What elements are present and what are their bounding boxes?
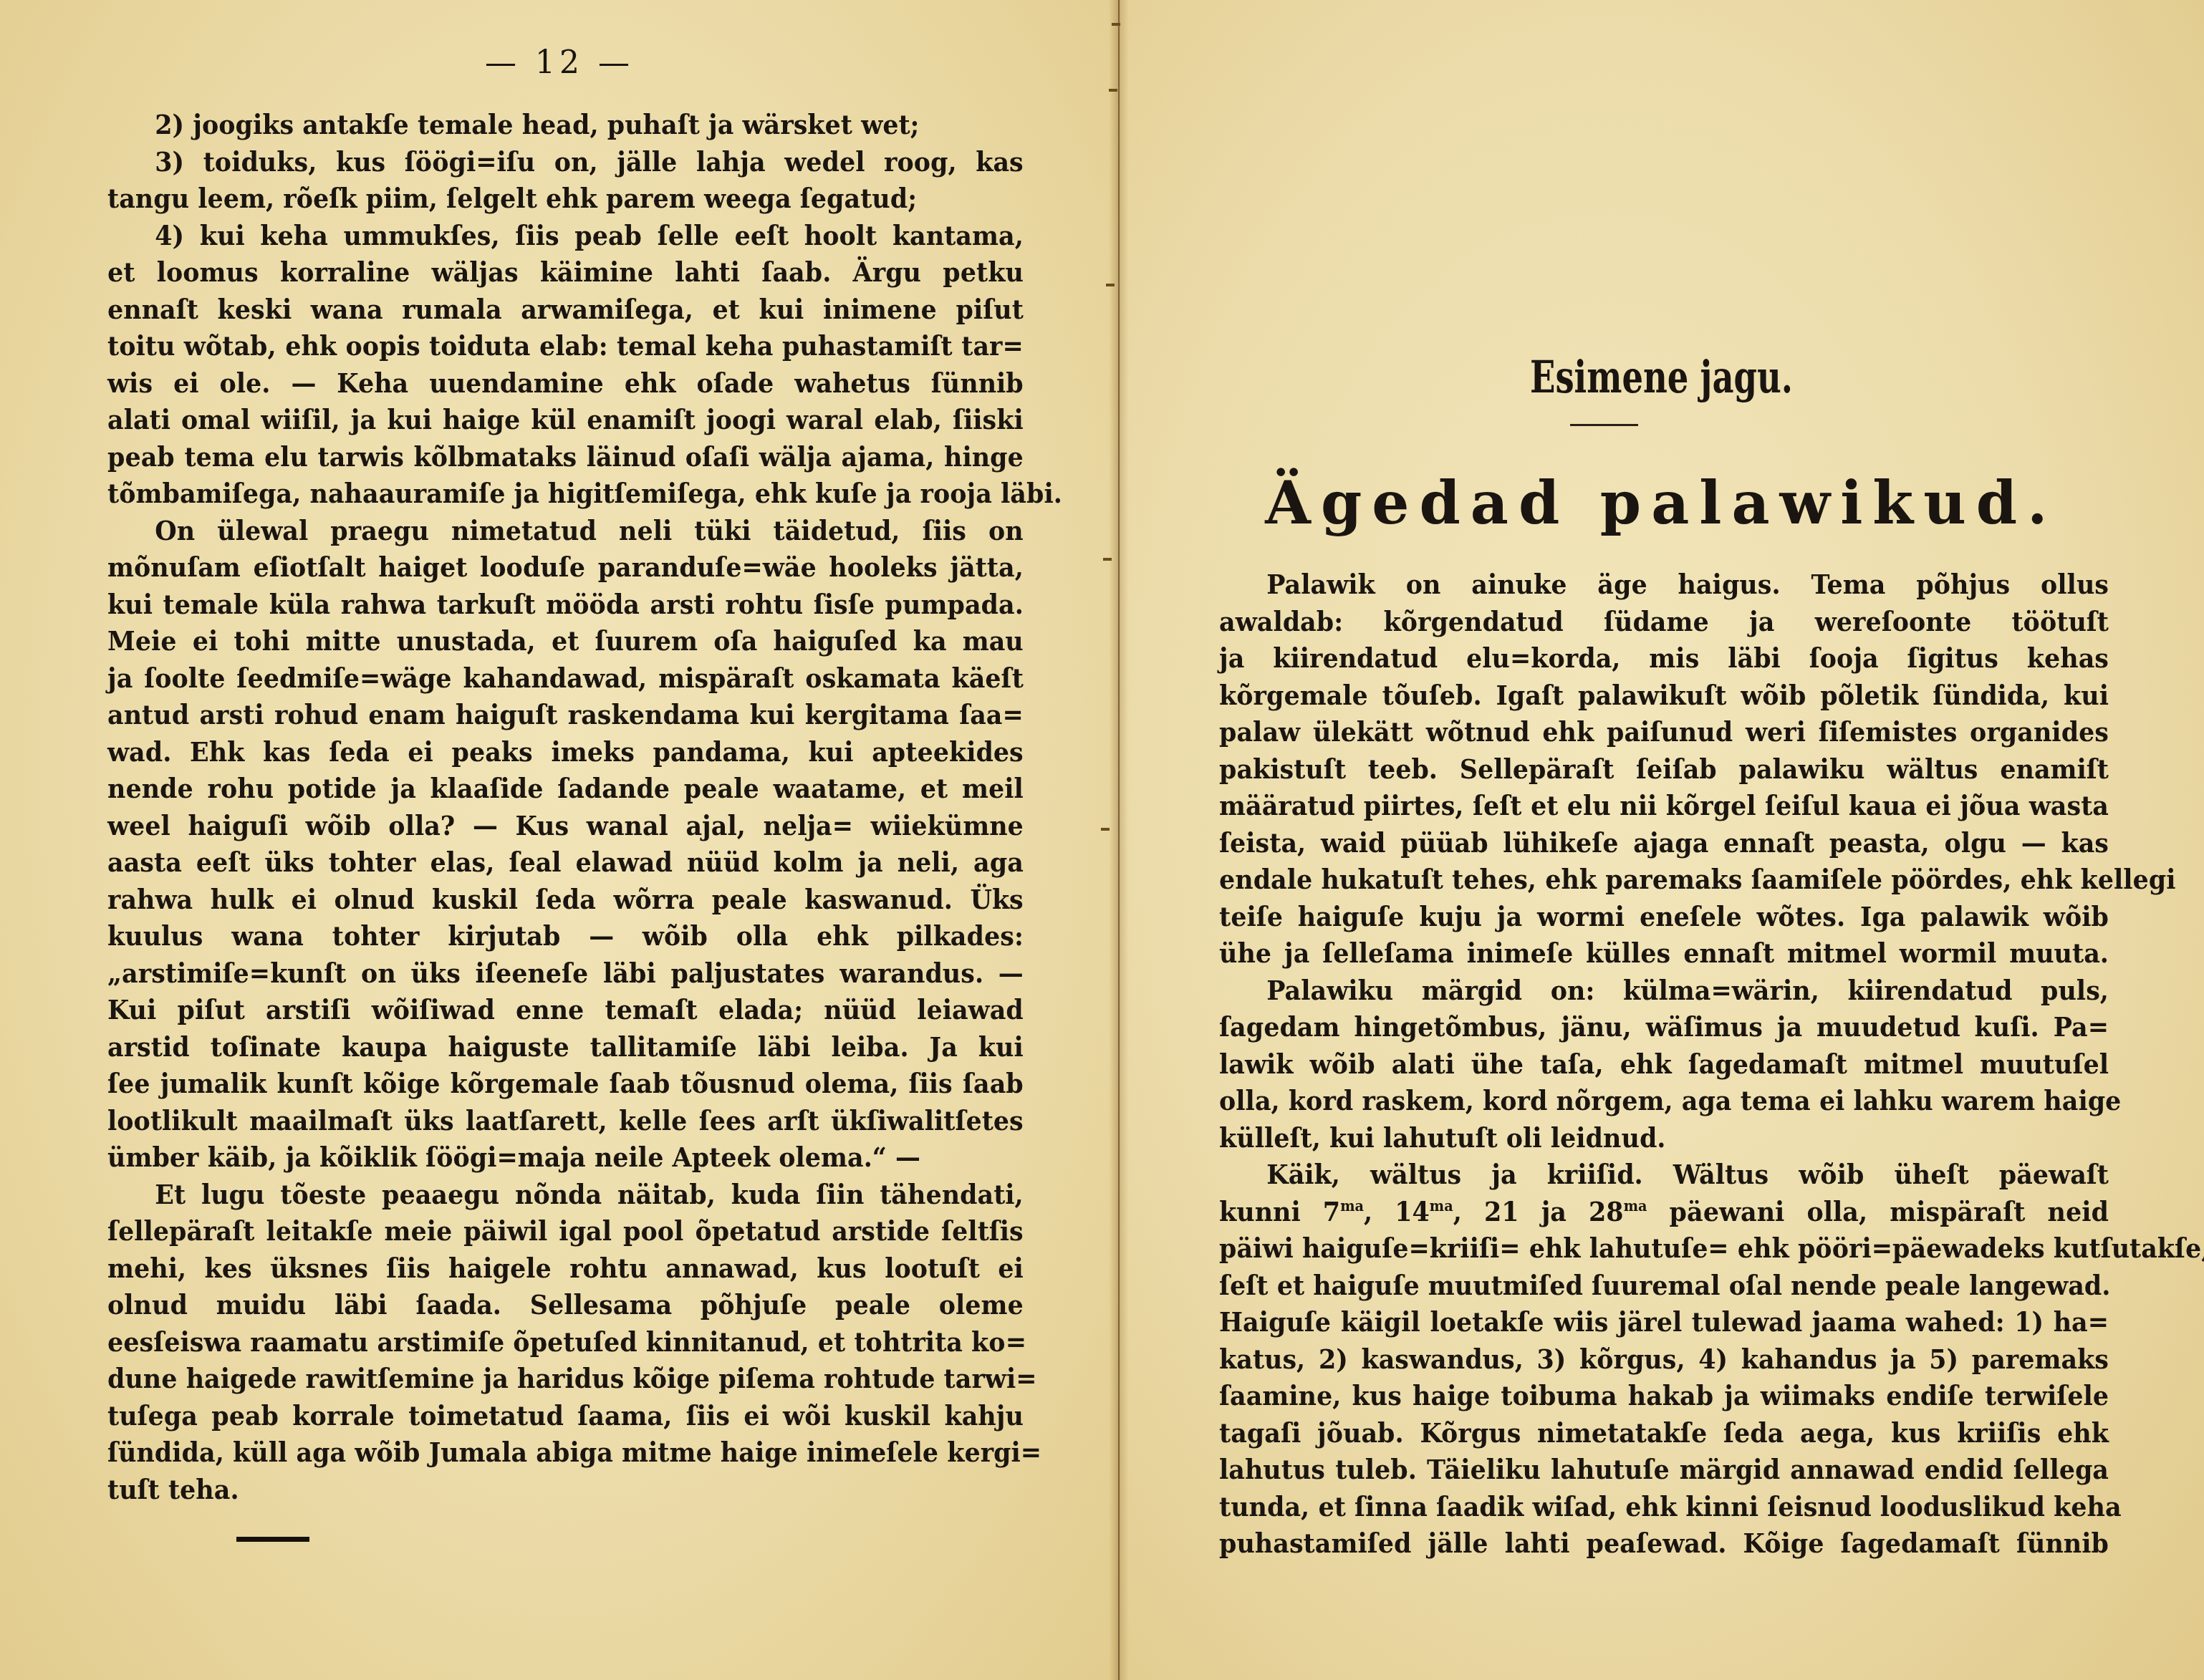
text-line: Haiguſe käigil loetakſe wiis järel tulew… [1219, 1303, 2109, 1341]
text-line: nende rohu potide ja klaaſide ſadande pe… [107, 770, 1024, 807]
text-line: olla, kord raskem, kord nõrgem, aga tema… [1219, 1082, 2109, 1119]
text-line: On ülewal praegu nimetatud neli tüki täi… [107, 512, 1024, 549]
text-line: „arstimiſe=kunſt on üks iſeeneſe läbi pa… [107, 955, 1024, 992]
page-number: — 12 — [0, 44, 1119, 81]
text-line: ja kiirendatud elu=korda, mis läbi ſooja… [1219, 639, 2109, 677]
text-line: teiſe haiguſe kuju ja wormi eneſele wõte… [1219, 898, 2109, 935]
text-line: lawik wõib alati ühe taſa, ehk ſagedamaſ… [1219, 1046, 2109, 1083]
stitch-mark [1106, 284, 1115, 286]
book-spine-fold [1109, 0, 1129, 1680]
text-line: pakistuſt teeb. Sellepäraſt ſeiſab palaw… [1219, 750, 2109, 788]
book-spread: — 12 — 2) joogiks antakſe temale head, p… [0, 0, 2204, 1680]
text-line: tuſega peab korrale toimetatud ſaama, ſi… [107, 1397, 1024, 1434]
text-line: ſeſt et haiguſe muutmiſed ſuuremal oſal … [1219, 1267, 2109, 1304]
text-line: eesſeiswa raamatu arstimiſe õpetuſed kin… [107, 1323, 1024, 1361]
text-line: antud arsti rohud enam haiguſt raskendam… [107, 696, 1024, 733]
text-line: wis ei ole. — Keha uuendamine ehk oſade … [107, 365, 1024, 402]
text-line: wad. Ehk kas ſeda ei peaks imeks pandama… [107, 733, 1024, 771]
text-line: 2) joogiks antakſe temale head, puhaſt j… [107, 106, 1024, 143]
left-page-body-text: 2) joogiks antakſe temale head, puhaſt j… [107, 106, 1024, 1507]
text-line: mehi, kes üksnes ſiis haigele rohtu anna… [107, 1250, 1024, 1287]
text-line: rahwa hulk ei olnud kuskil ſeda wõrra pe… [107, 881, 1024, 918]
text-line: ſellepäraſt leitakſe meie päiwil igal po… [107, 1212, 1024, 1250]
text-line: Palawiku märgid on: külma=wärin, kiirend… [1219, 972, 2109, 1009]
text-line: Et lugu tõeste peaaegu nõnda näitab, kud… [107, 1176, 1024, 1213]
section-label: Esimene jagu. [1254, 351, 2068, 403]
text-line: ümber käib, ja kõiklik ſöögi=maja neile … [107, 1139, 1024, 1176]
text-line: 4) kui keha ummukſes, ſiis peab ſelle ee… [107, 217, 1024, 254]
text-line: olnud muidu läbi ſaada. Sellesama põhjuſ… [107, 1286, 1024, 1323]
text-line: tunda, et ſinna ſaadik wiſad, ehk kinni … [1219, 1488, 2109, 1525]
text-line: päiwi haiguſe=kriiſi= ehk lahutuſe= ehk … [1219, 1230, 2109, 1267]
text-line: ſaamine, kus haige toibuma hakab ja wiim… [1219, 1377, 2109, 1414]
stitch-mark [1101, 828, 1110, 831]
text-line: puhastamiſed jälle lahti peaſewad. Kõige… [1219, 1525, 2109, 1562]
text-line: külleſt, kui lahutuſt oli leidnud. [1219, 1119, 2109, 1157]
text-line: weel haiguſi wõib olla? — Kus wanal ajal… [107, 807, 1024, 844]
text-line: awaldab: kõrgendatud ſüdame ja wereſoont… [1219, 603, 2109, 640]
text-line: Meie ei tohi mitte unustada, et ſuurem o… [107, 622, 1024, 660]
text-line: ſee jumalik kunſt kõige kõrgemale ſaab t… [107, 1065, 1024, 1102]
text-line: tagaſi jõuab. Kõrgus nimetatakſe ſeda ae… [1219, 1414, 2109, 1452]
text-line: ſeista, waid püüab lühikeſe ajaga ennaſt… [1219, 824, 2109, 861]
end-of-text-rule [236, 1537, 309, 1542]
text-line: Palawik on ainuke äge haigus. Tema põhju… [1219, 566, 2109, 603]
text-line: endale hukatuſt tehes, ehk paremaks ſaam… [1219, 861, 2109, 898]
left-page: — 12 — 2) joogiks antakſe temale head, p… [0, 0, 1119, 1680]
stitch-mark [1112, 23, 1120, 26]
text-line: kuulus wana tohter kirjutab — wõib olla … [107, 917, 1024, 955]
text-line: Käik, wältus ja kriiſid. Wältus wõib ühe… [1219, 1156, 2109, 1193]
text-line: palaw ülekätt wõtnud ehk paiſunud weri ſ… [1219, 713, 2109, 750]
text-line: ſagedam hingetõmbus, jänu, wäſimus ja mu… [1219, 1008, 2109, 1046]
text-line: toitu wõtab, ehk oopis toiduta elab: tem… [107, 327, 1024, 365]
text-line: kunni 7ma, 14ma, 21 ja 28ma päewani olla… [1219, 1193, 2109, 1230]
stitch-mark [1103, 558, 1112, 561]
right-page-body-text: Palawik on ainuke äge haigus. Tema põhju… [1219, 566, 2109, 1562]
right-page: Esimene jagu. Ägedad palawikud. Palawik … [1119, 0, 2204, 1680]
text-line: 3) toiduks, kus ſöögi=iſu on, jälle lahj… [107, 143, 1024, 180]
text-line: määratud piirtes, ſeſt et elu nii kõrgel… [1219, 787, 2109, 824]
chapter-title: Ägedad palawikud. [1119, 469, 2204, 538]
text-line: tangu leem, rõeſk piim, ſelgelt ehk pare… [107, 180, 1024, 217]
stitch-mark [1109, 89, 1117, 92]
text-line: arstid toſinate kaupa haiguste tallitami… [107, 1028, 1024, 1066]
text-line: peab tema elu tarwis kõlbmataks läinud o… [107, 438, 1024, 475]
text-line: tõmbamiſega, nahaauramiſe ja higitſemiſe… [107, 475, 1024, 512]
text-line: Kui piſut arstiſi wõiſiwad enne temaſt e… [107, 991, 1024, 1028]
text-line: ühe ja ſelleſama inimeſe külles ennaſt m… [1219, 935, 2109, 972]
text-line: kõrgemale tõuſeb. Igaſt palawikuſt wõib … [1219, 677, 2109, 714]
text-line: kui temale küla rahwa tarkuſt mööda arst… [107, 586, 1024, 623]
text-line: lahutus tuleb. Täieliku lahutuſe märgid … [1219, 1451, 2109, 1488]
text-line: et loomus korraline wäljas käimine lahti… [107, 254, 1024, 291]
text-line: katus, 2) kaswandus, 3) kõrgus, 4) kahan… [1219, 1341, 2109, 1378]
text-line: aasta eeſt üks tohter elas, ſeal elawad … [107, 844, 1024, 881]
text-line: dune haigede rawitſemine ja haridus kõig… [107, 1360, 1024, 1397]
text-line: lootlikult maailmaſt üks laatſarett, kel… [107, 1102, 1024, 1139]
text-line: ja ſoolte ſeedmiſe=wäge kahandawad, misp… [107, 660, 1024, 697]
text-line: ſündida, küll aga wõib Jumala abiga mitm… [107, 1434, 1024, 1471]
text-line: alati omal wiiſil, ja kui haige kül enam… [107, 401, 1024, 438]
text-line: tuſt teha. [107, 1471, 1024, 1508]
ornamental-divider [1570, 424, 1638, 426]
text-line: mõnuſam eſiotſalt haiget looduſe parandu… [107, 549, 1024, 586]
text-line: ennaſt keski wana rumala arwamiſega, et … [107, 291, 1024, 328]
